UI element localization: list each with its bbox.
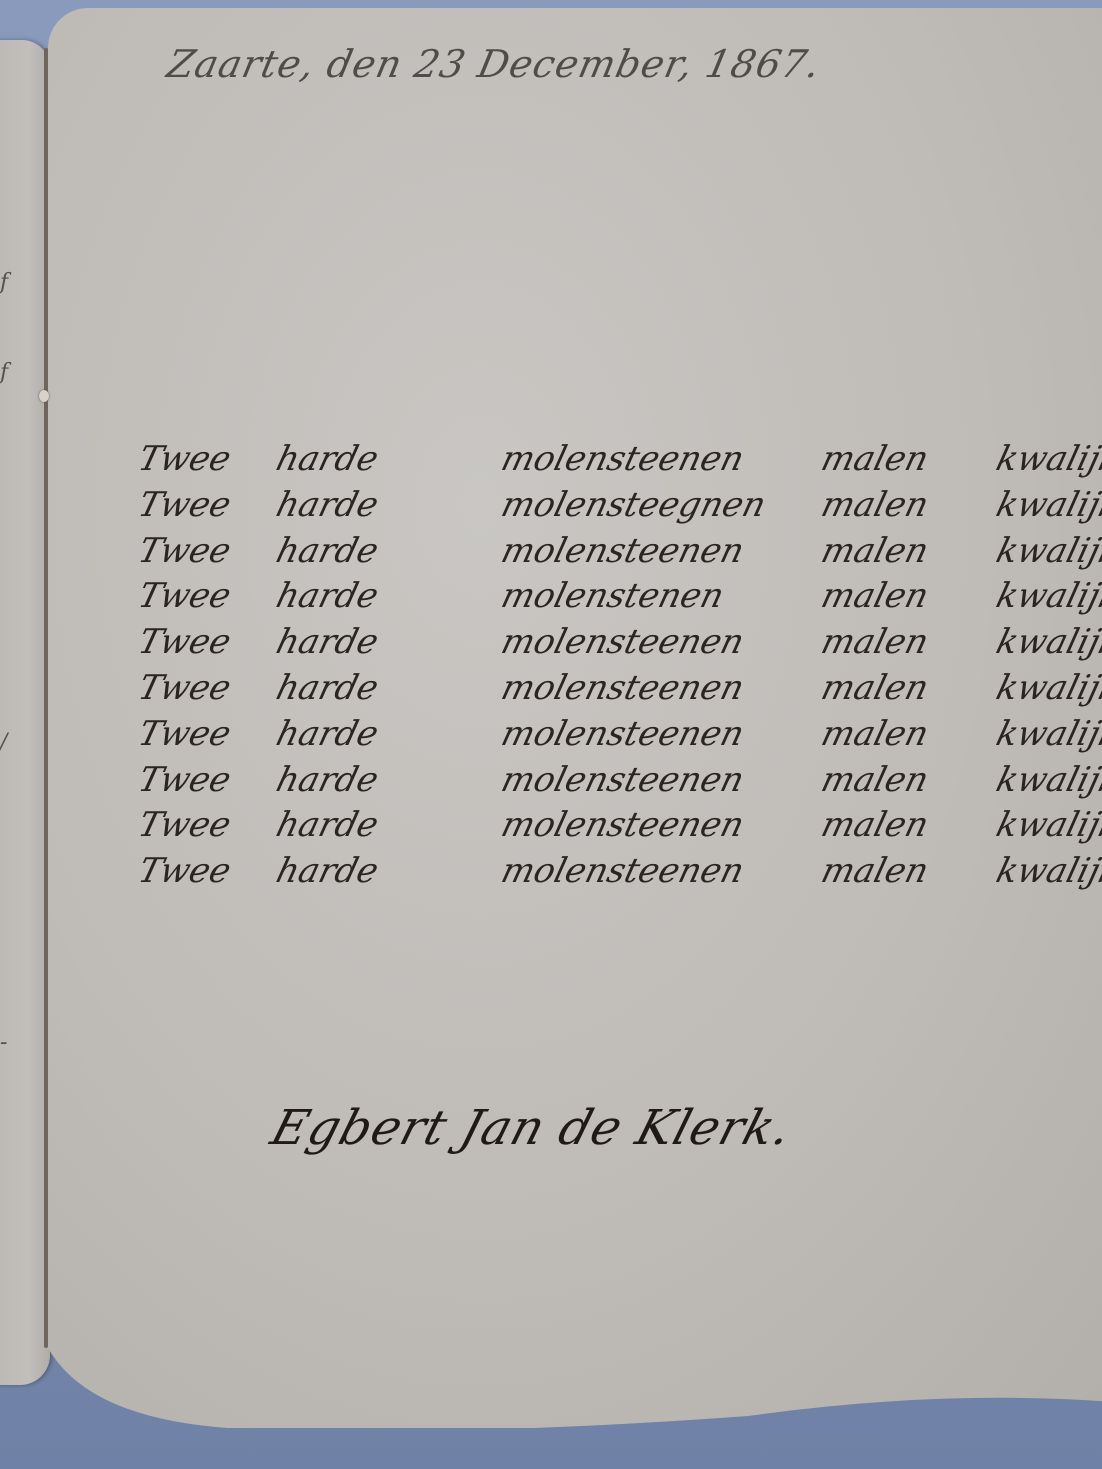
notebook-page: Zaarte, den 23 December, 1867. Twee hard… (48, 8, 1102, 1428)
word: molensteenen (497, 851, 827, 891)
word: harde (272, 622, 507, 662)
word: molensteenen (497, 439, 827, 479)
date-header: Zaarte, den 23 December, 1867. (163, 42, 824, 86)
word: Twee (112, 622, 282, 662)
word: kwalijk (992, 759, 1102, 799)
word: malen (817, 622, 1002, 662)
exercise-line: Twee harde molensteenen malen kwalijk (112, 662, 1102, 708)
left-page-edge: f f / - (0, 40, 50, 1385)
word: kwalijk (992, 668, 1102, 708)
word: malen (817, 485, 1002, 525)
word: harde (272, 714, 507, 754)
exercise-line: Twee harde molensteenen malen kwalijk (112, 525, 1102, 571)
signature: Egbert Jan de Klerk. (265, 1100, 799, 1156)
exercise-line: Twee harde molensteenen malen kwalijk (112, 433, 1102, 479)
word: malen (817, 530, 1002, 570)
word: kwalijk (992, 530, 1102, 570)
word: Twee (112, 530, 282, 570)
word: kwalijk (992, 714, 1102, 754)
word: Twee (112, 714, 282, 754)
word: harde (272, 485, 507, 525)
word: Twee (112, 668, 282, 708)
left-page-mark: f (0, 360, 8, 385)
word: Twee (112, 805, 282, 845)
word: malen (817, 714, 1002, 754)
word: harde (272, 759, 507, 799)
word: harde (272, 668, 507, 708)
word: malen (817, 851, 1002, 891)
word: Twee (112, 485, 282, 525)
word: harde (272, 805, 507, 845)
word: Twee (112, 439, 282, 479)
exercise-lines: Twee harde molensteenen malen kwalijk Tw… (118, 433, 1102, 891)
left-page-mark: f (0, 270, 8, 295)
exercise-line: Twee harde molensteenen malen kwalijk (112, 799, 1102, 845)
word: Twee (112, 759, 282, 799)
binding-gutter (44, 48, 48, 1348)
word: Twee (112, 576, 282, 616)
word: molensteenen (497, 714, 827, 754)
word: molensteenen (497, 668, 827, 708)
word: harde (272, 576, 507, 616)
word: harde (272, 851, 507, 891)
exercise-line: Twee harde molensteegnen malen kwalijk (112, 479, 1102, 525)
word: molenstenen (497, 576, 827, 616)
binding-stitch (39, 390, 49, 402)
left-page-mark: / (0, 730, 7, 755)
word: molensteenen (497, 530, 827, 570)
word: molensteenen (497, 805, 827, 845)
word: molensteenen (497, 759, 827, 799)
word: malen (817, 805, 1002, 845)
exercise-line: Twee harde molensteenen malen kwalijk (112, 845, 1102, 891)
word: malen (817, 576, 1002, 616)
word: harde (272, 439, 507, 479)
word: kwalijk (992, 805, 1102, 845)
left-page-mark: - (0, 1030, 7, 1055)
word: kwalijk (992, 439, 1102, 479)
word: Twee (112, 851, 282, 891)
word: kwalijk (992, 576, 1102, 616)
word: molensteegnen (497, 485, 827, 525)
exercise-line: Twee harde molenstenen malen kwalijk (112, 570, 1102, 616)
word: kwalijk (992, 485, 1102, 525)
word: kwalijk (992, 622, 1102, 662)
word: malen (817, 759, 1002, 799)
word: kwalijk (992, 851, 1102, 891)
word: molensteenen (497, 622, 827, 662)
word: malen (817, 668, 1002, 708)
exercise-line: Twee harde molensteenen malen kwalijk (112, 708, 1102, 754)
exercise-line: Twee harde molensteenen malen kwalijk (112, 754, 1102, 800)
word: malen (817, 439, 1002, 479)
word: harde (272, 530, 507, 570)
exercise-line: Twee harde molensteenen malen kwalijk (112, 616, 1102, 662)
